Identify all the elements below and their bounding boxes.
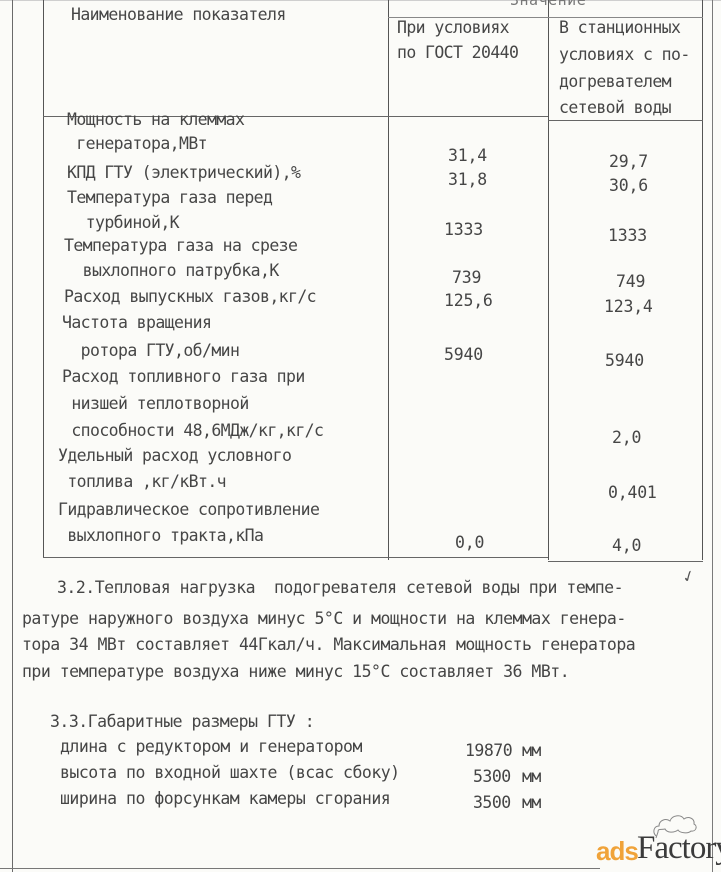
row-hydraulic-gost: 0,0 bbox=[455, 533, 484, 552]
table-bottom-right bbox=[548, 561, 703, 562]
row-rotor-speed-station: 5940 bbox=[605, 351, 644, 370]
row-fuel-flow-label-3: способности 48,6МДж/кг,кг/с bbox=[62, 421, 323, 440]
section-3-3-title: 3.3.Габаритные размеры ГТУ : bbox=[50, 712, 314, 731]
section-3-2-line-3: тора 34 МВт составляет 44Гкал/ч. Максима… bbox=[22, 635, 635, 654]
dimension-height-value: 5300 bbox=[473, 767, 511, 786]
header-rule-right bbox=[548, 120, 703, 121]
dimension-length-value: 19870 bbox=[465, 741, 512, 760]
row-power-label-1: Мощность на клеммах bbox=[67, 110, 244, 129]
table-bottom-left bbox=[43, 557, 548, 558]
row-power-gost: 31,4 bbox=[448, 146, 487, 165]
row-hydraulic-station: 4,0 bbox=[612, 536, 641, 555]
row-specific-fuel-station: 0,401 bbox=[608, 483, 657, 502]
dimension-height-unit: мм bbox=[522, 767, 541, 786]
row-efficiency-gost: 31,8 bbox=[448, 170, 487, 189]
row-hydraulic-label-1: Гидравлическое сопротивление bbox=[58, 500, 319, 519]
row-exhaust-flow-gost: 125,6 bbox=[444, 291, 493, 310]
column-divider-1 bbox=[388, 0, 389, 560]
row-exhaust-flow-station: 123,4 bbox=[604, 297, 653, 316]
row-turbine-temp-label-2: турбиной,К bbox=[67, 213, 179, 232]
row-fuel-flow-label-1: Расход топливного газа при bbox=[62, 367, 305, 386]
dimension-length-unit: мм bbox=[522, 741, 541, 760]
table-border-left bbox=[43, 0, 44, 558]
section-3-2-line-2: ратуре наружного воздуха минус 5°С и мощ… bbox=[22, 609, 626, 628]
section-3-2-line-1: 3.2.Тепловая нагрузка подогревателя сете… bbox=[57, 578, 623, 597]
row-exhaust-temp-gost: 739 bbox=[452, 268, 481, 287]
row-power-label-2: генератора,МВт bbox=[67, 134, 207, 153]
check-mark: ✓ bbox=[680, 565, 697, 588]
row-specific-fuel-label-1: Удельный расход условного bbox=[58, 446, 291, 465]
row-exhaust-temp-station: 749 bbox=[616, 272, 645, 291]
page-bottom-rule bbox=[0, 868, 600, 869]
page-frame-right bbox=[712, 0, 713, 872]
row-hydraulic-label-2: выхлопного тракта,кПа bbox=[58, 526, 263, 545]
header-station-line1: В станционных bbox=[559, 18, 680, 37]
row-fuel-flow-label-2: низшей теплотворной bbox=[62, 394, 249, 413]
dimension-length-label: длина с редуктором и генератором bbox=[60, 737, 362, 756]
dimension-height-label: высота по входной шахте (всас сбоку) bbox=[60, 763, 400, 782]
header-gost-line1: При условиях bbox=[397, 18, 509, 37]
dimension-width-unit: мм bbox=[522, 793, 541, 812]
adsfactory-watermark: ads Factory bbox=[596, 806, 720, 872]
row-turbine-temp-gost: 1333 bbox=[444, 220, 483, 239]
row-rotor-speed-label-2: ротора ГТУ,об/мин bbox=[62, 341, 239, 360]
table-border-right bbox=[702, 0, 703, 560]
watermark-factory: Factory bbox=[637, 830, 721, 867]
row-efficiency-station: 30,6 bbox=[609, 176, 648, 195]
header-station-line3: догревателем bbox=[559, 72, 671, 91]
row-specific-fuel-label-2: топлива ,кг/кВт.ч bbox=[58, 472, 226, 491]
row-exhaust-temp-label-2: выхлопного патрубка,К bbox=[64, 261, 279, 280]
header-indicator: Наименование показателя bbox=[71, 5, 286, 24]
row-efficiency-label: КПД ГТУ (электрический),% bbox=[67, 163, 300, 182]
watermark-ads: ads bbox=[596, 836, 638, 867]
page-frame-left bbox=[12, 0, 13, 872]
dimension-width-label: ширина по форсункам камеры сгорания bbox=[60, 789, 390, 808]
header-gost-line2: по ГОСТ 20440 bbox=[397, 43, 518, 62]
row-exhaust-flow-label: Расход выпускных газов,кг/с bbox=[64, 287, 316, 306]
header-station-line2: условиях с по- bbox=[559, 45, 690, 64]
row-exhaust-temp-label-1: Температура газа на срезе bbox=[64, 236, 297, 255]
row-rotor-speed-label-1: Частота вращения bbox=[62, 313, 211, 332]
section-3-2-line-4: при температуре воздуха ниже минус 15°С … bbox=[22, 662, 569, 681]
row-power-station: 29,7 bbox=[609, 152, 648, 171]
row-turbine-temp-label-1: Температура газа перед bbox=[67, 188, 272, 207]
column-divider-2 bbox=[548, 0, 549, 560]
header-station-line4: сетевой воды bbox=[559, 98, 671, 117]
row-rotor-speed-gost: 5940 bbox=[444, 345, 483, 364]
dimension-width-value: 3500 bbox=[473, 793, 511, 812]
row-fuel-flow-station: 2,0 bbox=[612, 428, 641, 447]
row-turbine-temp-station: 1333 bbox=[608, 226, 647, 245]
